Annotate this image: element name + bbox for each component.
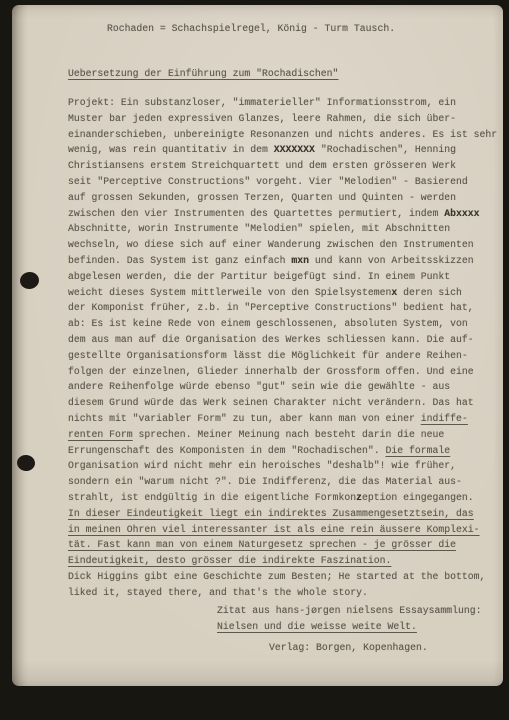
body-line: liked it, stayed there, and that's the w… — [68, 585, 500, 601]
body-line: Projekt: Ein substanzloser, "immateriell… — [68, 95, 500, 111]
hole-punch-top — [19, 271, 40, 290]
body-line: abgelesen werden, die der Partitur beige… — [68, 269, 500, 285]
publisher-line: Verlag: Borgen, Kopenhagen. — [269, 640, 482, 656]
body-line: sondern ein "warum nicht ?". Die Indiffe… — [68, 474, 500, 490]
body-line: Eindeutigkeit, desto grösser die indirek… — [68, 553, 500, 569]
body-line: Dick Higgins gibt eine Geschichte zum Be… — [68, 569, 500, 585]
body-line: Christiansens erstem Streichquartett und… — [68, 158, 500, 174]
citation-title: Nielsen und die weisse weite Welt. — [217, 619, 482, 635]
body-line: renten Form sprechen. Meiner Meinung nac… — [68, 427, 500, 443]
body-line: zwischen den vier Instrumenten des Quart… — [68, 206, 500, 222]
body-line: gestellte Organisationsform lässt die Mö… — [68, 348, 500, 364]
body-line: ab: Es ist keine Rede von einem geschlos… — [68, 316, 500, 332]
body-line: folgen der einzelnen, Glieder innerhalb … — [68, 364, 500, 380]
body-line: befinden. Das System ist ganz einfach mx… — [68, 253, 500, 269]
scan-background: { "colors": { "backdrop": "#181611", "pa… — [0, 0, 509, 720]
body-line: dem aus man auf die Organisation des Wer… — [68, 332, 500, 348]
body-line: Organisation wird nicht mehr ein heroisc… — [68, 458, 500, 474]
body-line: nichts mit "variabler Form" zu tun, aber… — [68, 411, 500, 427]
body-text: Projekt: Ein substanzloser, "immateriell… — [68, 95, 500, 601]
document-heading: Uebersetzung der Einführung zum "Rochadi… — [68, 68, 338, 79]
body-line: tät. Fast kann man von einem Naturgesetz… — [68, 537, 500, 553]
header-note: Rochaden = Schachspielregel, König - Tur… — [107, 23, 395, 34]
body-line: der Komponist früher, z.b. in "Perceptiv… — [68, 300, 500, 316]
body-line: Muster bar jeden expressiven Glanzes, le… — [68, 111, 500, 127]
body-line: diesem Grund würde das Werk seinen Chara… — [68, 395, 500, 411]
body-line: in meinen Ohren viel interessanter ist a… — [68, 522, 500, 538]
hole-punch-bottom — [16, 454, 36, 472]
body-line: seit "Perceptive Constructions" vorgeht.… — [68, 174, 500, 190]
body-line: auf grossen Sekunden, grossen Terzen, Qu… — [68, 190, 500, 206]
body-line: wechseln, wo diese sich auf einer Wander… — [68, 237, 500, 253]
body-line: wenig, was rein quantitativ in dem XXXXX… — [68, 142, 500, 158]
body-line: einanderschieben, unbereinigte Resonanze… — [68, 127, 500, 143]
body-line: andere Reihenfolge würde ebenso "gut" se… — [68, 379, 500, 395]
paper-sheet: Rochaden = Schachspielregel, König - Tur… — [12, 5, 503, 686]
citation-source: Zitat aus hans-jørgen nielsens Essaysamm… — [217, 603, 482, 619]
body-line: weicht dieses System mittlerweile von de… — [68, 285, 500, 301]
body-line: strahlt, ist endgültig in die eigentlich… — [68, 490, 500, 506]
body-line: Errungenschaft des Komponisten in dem "R… — [68, 443, 500, 459]
body-line: Abschnitte, worin Instrumente "Melodien"… — [68, 221, 500, 237]
citation-block: Zitat aus hans-jørgen nielsens Essaysamm… — [217, 603, 482, 656]
body-line: In dieser Eindeutigkeit liegt ein indire… — [68, 506, 500, 522]
